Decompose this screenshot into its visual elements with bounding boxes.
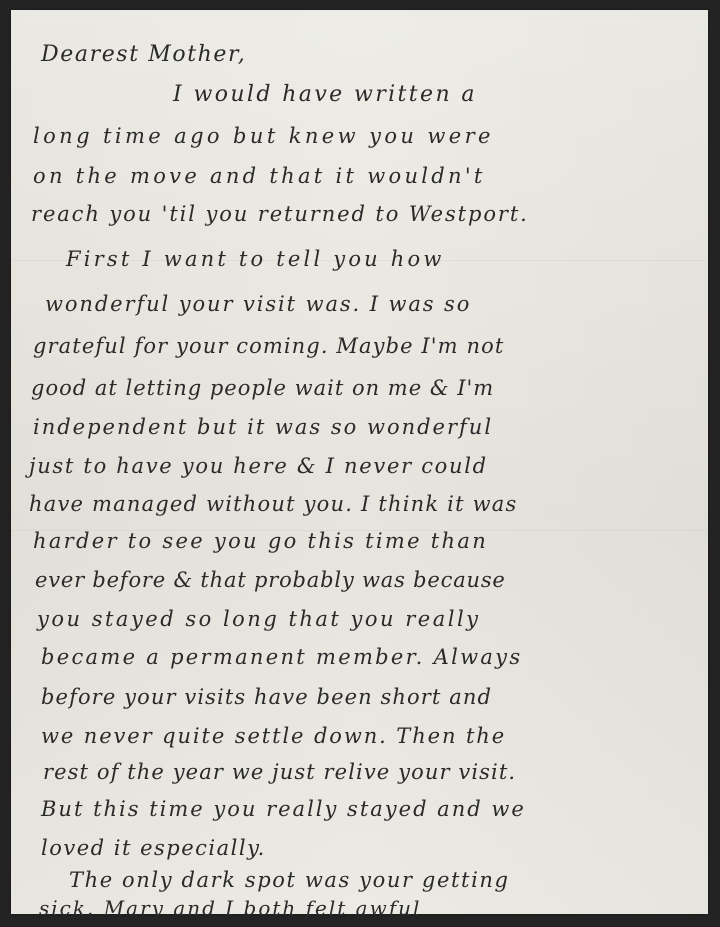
letter-line: grateful for your coming. Maybe I'm not <box>33 334 504 358</box>
letter-page: Dearest Mother, I would have written a l… <box>11 10 708 914</box>
letter-line: loved it especially. <box>41 836 266 860</box>
letter-line: rest of the year we just relive your vis… <box>43 760 516 784</box>
letter-line: good at letting people wait on me & I'm <box>31 376 494 400</box>
letter-line: ever before & that probably was because <box>35 568 506 592</box>
letter-line: harder to see you go this time than <box>33 529 488 553</box>
letter-line: sick. Mary and I both felt awful <box>39 896 421 920</box>
letter-line: independent but it was so wonderful <box>33 415 493 439</box>
document-viewer: Dearest Mother, I would have written a l… <box>0 0 720 927</box>
letter-line: we never quite settle down. Then the <box>41 724 506 748</box>
letter-line: wonderful your visit was. I was so <box>45 292 471 316</box>
letter-line: before your visits have been short and <box>41 685 492 709</box>
letter-line: just to have you here & I never could <box>29 454 488 478</box>
letter-line: First I want to tell you how <box>66 247 445 271</box>
letter-line: reach you 'til you returned to Westport. <box>31 202 529 226</box>
letter-line: on the move and that it wouldn't <box>33 164 486 188</box>
letter-line: I would have written a <box>173 82 477 107</box>
letter-line: have managed without you. I think it was <box>29 492 517 516</box>
letter-line: long time ago but knew you were <box>33 124 494 148</box>
letter-line: But this time you really stayed and we <box>41 797 526 821</box>
letter-line: became a permanent member. Always <box>41 645 522 669</box>
letter-line: you stayed so long that you really <box>37 607 481 631</box>
letter-salutation: Dearest Mother, <box>41 42 246 67</box>
letter-line: The only dark spot was your getting <box>69 868 510 892</box>
